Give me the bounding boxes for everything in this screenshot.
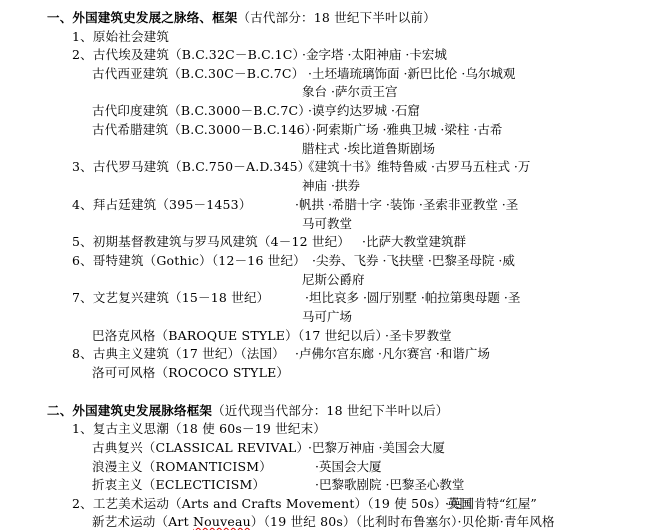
- list-item-examples: 《建筑十书》维特鲁威 ·古罗马五柱式 ·万: [302, 159, 530, 175]
- list-item: 1、原始社会建筑: [72, 29, 169, 45]
- list-item-examples: ·阿索斯广场 ·雅典卫城 ·梁柱 ·古希: [312, 122, 502, 138]
- list-item-examples-cont: 腊柱式 ·埃比道鲁斯剧场: [302, 141, 435, 157]
- list-item-text: ）（19 世纪 80s）（比利时布鲁塞尔）·贝伦斯·青年风格: [251, 514, 555, 529]
- list-item-examples: ·谟亨约达罗城 ·石窟: [308, 103, 420, 119]
- list-item: 折衷主义（ECLECTICISM）: [92, 477, 265, 493]
- list-item-examples-cont: 象台 ·萨尔贡王宫: [302, 84, 397, 100]
- list-item: 1、复古主义思潮（18 使 60s－19 世纪末）: [72, 421, 326, 437]
- section-2-title: 二、外国建筑史发展脉络框架: [47, 403, 212, 418]
- list-item: 8、古典主义建筑（17 世纪）（法国）: [72, 346, 285, 362]
- list-item-examples: ·卢佛尔宫东廊 ·凡尔赛宫 ·和谐广场: [295, 346, 490, 362]
- list-item: 7、文艺复兴建筑（15－18 世纪）: [72, 290, 269, 306]
- list-item: 2、工艺美术运动（Arts and Crafts Movement）（19 使 …: [72, 496, 472, 512]
- list-item: 巴洛克风格（BAROQUE STYLE）（17 世纪以后）: [92, 328, 388, 344]
- list-item-examples-cont: 神庙 ·拱券: [302, 178, 360, 194]
- list-item: 古典复兴（CLASSICAL REVIVAL）: [92, 440, 309, 456]
- section-1-subtitle: （古代部分：18 世纪下半叶以前）: [238, 10, 436, 25]
- list-item-examples: ·英国会大厦: [315, 459, 381, 475]
- list-item-examples: ·坦比哀多 ·圆厅别墅 ·帕拉第奥母题 ·圣: [305, 290, 520, 306]
- list-item-examples-cont: 尼斯公爵府: [302, 272, 365, 288]
- list-item: 古代希腊建筑（B.C.3000－B.C.146）: [92, 122, 317, 138]
- list-item: 3、古代罗马建筑（B.C.750－A.D.345）: [72, 159, 310, 175]
- spellcheck-error[interactable]: Nouveau: [193, 514, 251, 529]
- list-item: 洛可可风格（ROCOCO STYLE）: [92, 365, 289, 381]
- list-item: 4、拜占廷建筑（395－1453）: [72, 197, 252, 213]
- section-1-heading: 一、外国建筑史发展之脉络、框架（古代部分：18 世纪下半叶以前）: [47, 10, 436, 26]
- list-item: 古代印度建筑（B.C.3000－B.C.7C）: [92, 103, 311, 119]
- list-item-examples: ·尖券、飞券 ·飞扶壁 ·巴黎圣母院 ·威: [312, 253, 515, 269]
- list-item-examples: ·金字塔 ·太阳神庙 ·卡宏城: [302, 47, 447, 63]
- list-item: 5、初期基督教建筑与罗马风建筑（4－12 世纪）: [72, 234, 350, 250]
- list-item-examples: ·土坯墙琉璃饰面 ·新巴比伦 ·乌尔城观: [308, 66, 515, 82]
- list-item: 浪漫主义（ROMANTICISM）: [92, 459, 272, 475]
- list-item-examples-cont: 马可教堂: [302, 216, 352, 232]
- list-item-examples: ·圣卡罗教堂: [385, 328, 451, 344]
- section-2-subtitle: （近代现当代部分：18 世纪下半叶以后）: [212, 403, 448, 418]
- section-2-heading: 二、外国建筑史发展脉络框架（近代现当代部分：18 世纪下半叶以后）: [47, 403, 449, 419]
- list-item: 古代西亚建筑（B.C.30C－B.C.7C）: [92, 66, 304, 82]
- list-item-examples: ·比萨大教堂建筑群: [362, 234, 466, 250]
- section-1-title: 一、外国建筑史发展之脉络、框架: [47, 10, 238, 25]
- list-item-examples: ·英国肯特“红屋”: [445, 496, 537, 512]
- list-item-text: 新艺术运动（Art: [92, 514, 193, 529]
- list-item-examples: ·巴黎歌剧院 ·巴黎圣心教堂: [315, 477, 464, 493]
- list-item-examples: ·帆拱 ·希腊十字 ·装饰 ·圣索非亚教堂 ·圣: [295, 197, 518, 213]
- list-item-examples: ·巴黎万神庙 ·美国会大厦: [308, 440, 445, 456]
- list-item: 2、古代埃及建筑（B.C.32C－B.C.1C）: [72, 47, 305, 63]
- list-item: 新艺术运动（Art Nouveau）（19 世纪 80s）（比利时布鲁塞尔）·贝…: [92, 514, 555, 530]
- list-item-examples-cont: 马可广场: [302, 309, 352, 325]
- list-item: 6、哥特建筑（Gothic）（12－16 世纪）: [72, 253, 306, 269]
